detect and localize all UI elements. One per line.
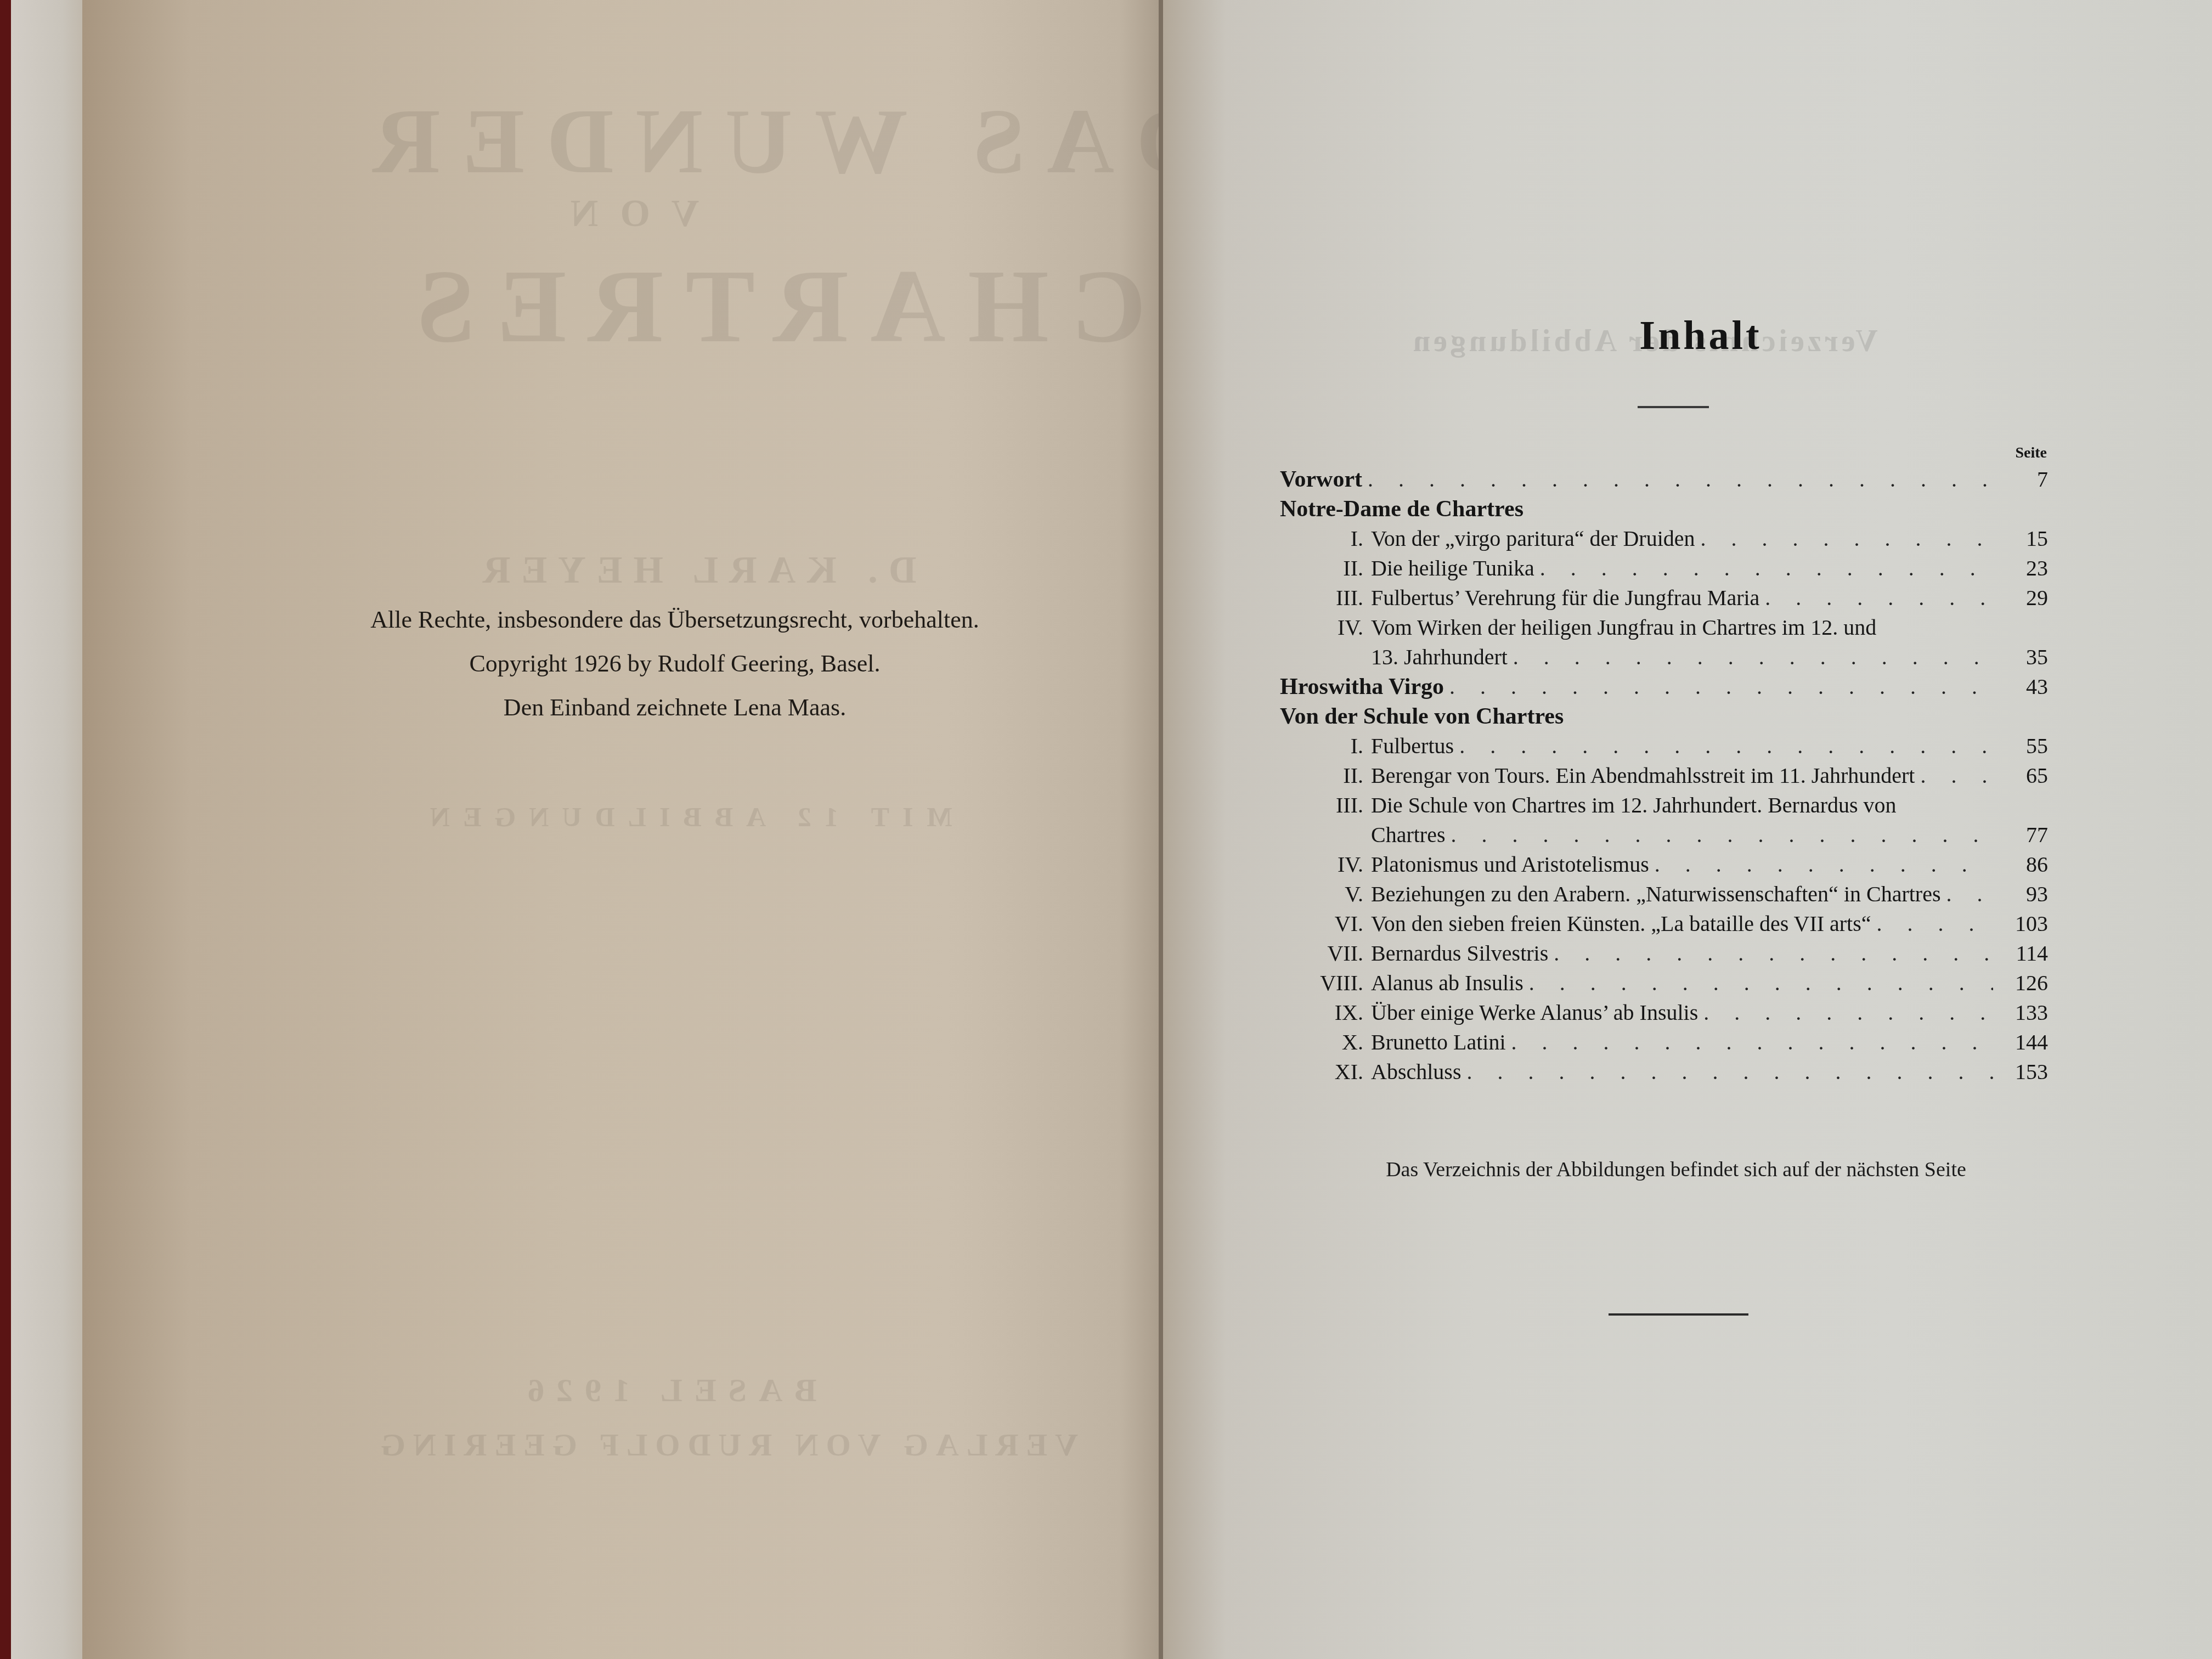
show-through-illustrations: MIT 12 ABBILDUNGEN [417,801,952,833]
page-number: 114 [1993,939,2048,968]
dot-leader: . . . . . . . . . . . . . . . . . . . . … [1506,1028,1993,1057]
dot-leader: . . . . . . . . . . . . . . . . . . . . … [1461,1057,1993,1087]
dot-leader: . . . . . . . . . . . . . . . . . . . . … [1534,554,1993,583]
entry-title: Platonismus und Aristotelismus [1371,850,1649,879]
page-number: 55 [1993,731,2048,761]
chapter-number: I. [1280,731,1371,761]
dot-leader: . . . . . . . . . . . . . . . . . . . . … [1915,761,1993,791]
show-through-author: D. KARL HEYER [472,549,916,592]
toc-entry: Vorwort . . . . . . . . . . . . . . . . … [1280,465,2048,494]
chapter-number: X. [1280,1028,1371,1057]
copyright-line: Copyright 1926 by Rudolf Geering, Basel. [318,642,1031,686]
dot-leader: . . . . . . . . . . . . . . . . . . . . … [1759,583,1993,613]
dot-leader: . . . . . . . . . . . . . . . . . . . . … [1523,968,1993,998]
chapter-number: II. [1280,554,1371,583]
page-number: 144 [1993,1028,2048,1057]
dot-leader: . . . . . . . . . . . . . . . . . . . . … [1871,909,1993,939]
page-number: 86 [1993,850,2048,879]
imprint-block: Alle Rechte, insbesondere das Übersetzun… [318,598,1031,730]
chapter-number: V. [1280,879,1371,909]
entry-title: Alanus ab Insulis [1371,968,1523,998]
toc-entry: III. Fulbertus’ Verehrung für die Jungfr… [1280,583,2048,613]
dot-leader: . . . . . . . . . . . . . . . . . . . . … [1446,820,1993,850]
entry-title-continuation: Chartres [1371,820,1446,850]
rights-notice: Alle Rechte, insbesondere das Übersetzun… [318,598,1031,642]
chapter-number: I. [1280,524,1371,554]
page-number: 15 [1993,524,2048,554]
entry-title: Brunetto Latini [1371,1028,1506,1057]
entry-title: Vom Wirken der heiligen Jungfrau in Char… [1371,613,1876,642]
show-through-title-1: DAS WUNDER [351,88,1204,195]
entry-title: Berengar von Tours. Ein Abendmahlsstreit… [1371,761,1915,791]
page-number: 103 [1993,909,2048,939]
dot-leader: . . . . . . . . . . . . . . . . . . . . … [1695,524,1993,554]
entry-title: Beziehungen zu den Arabern. „Naturwissen… [1371,879,1941,909]
dot-leader: . . . . . . . . . . . . . . . . . . . . … [1362,465,1993,494]
chapter-number: VII. [1280,939,1371,968]
page-number: 133 [1993,998,2048,1028]
entry-title: Über einige Werke Alanus’ ab Insulis [1371,998,1698,1028]
toc-entry: V. Beziehungen zu den Arabern. „Naturwis… [1280,879,2048,909]
toc-entry: I. Fulbertus . . . . . . . . . . . . . .… [1280,731,2048,761]
toc-entry: IV. Vom Wirken der heiligen Jungfrau in … [1280,613,2048,642]
toc-entry: X. Brunetto Latini . . . . . . . . . . .… [1280,1028,2048,1057]
page-number: 35 [1993,642,2048,672]
chapter-number: III. [1280,791,1371,820]
page-number: 153 [1993,1057,2048,1087]
entry-title: Von den sieben freien Künsten. „La batai… [1371,909,1871,939]
toc-entry-continuation: 13. Jahrhundert. . . . . . . . . . . . .… [1280,642,2048,672]
book-gutter [1159,0,1163,1659]
table-of-contents: Seite Vorwort . . . . . . . . . . . . . … [1280,442,2048,1087]
toc-entry: Hroswitha Virgo . . . . . . . . . . . . … [1280,672,2048,702]
show-through-title-2: VON [549,192,699,236]
toc-entry: II. Die heilige Tunika . . . . . . . . .… [1280,554,2048,583]
toc-entry: VII. Bernardus Silvestris . . . . . . . … [1280,939,2048,968]
toc-entry: VIII. Alanus ab Insulis . . . . . . . . … [1280,968,2048,998]
page-number: 7 [1993,465,2048,494]
chapter-number: XI. [1280,1057,1371,1087]
page-number: 29 [1993,583,2048,613]
entry-title-continuation: 13. Jahrhundert [1371,642,1508,672]
page-number: 93 [1993,879,2048,909]
dot-leader: . . . . . . . . . . . . . . . . . . . . … [1649,850,1993,879]
entry-title: Fulbertus’ Verehrung für die Jungfrau Ma… [1371,583,1759,613]
chapter-number: VI. [1280,909,1371,939]
show-through-title-3: CHARTRES [395,247,1146,366]
toc-entry-continuation: Chartres. . . . . . . . . . . . . . . . … [1280,820,2048,850]
illustrations-note: Das Verzeichnis der Abbildungen befindet… [1314,1158,2038,1182]
dot-leader: . . . . . . . . . . . . . . . . . . . . … [1444,672,1993,702]
chapter-number: VIII. [1280,968,1371,998]
toc-entry: VI. Von den sieben freien Künsten. „La b… [1280,909,2048,939]
dot-leader: . . . . . . . . . . . . . . . . . . . . … [1548,939,1993,968]
toc-entry: IX. Über einige Werke Alanus’ ab Insulis… [1280,998,2048,1028]
title-rule [1638,406,1709,408]
toc-title: Inhalt [1591,313,1810,359]
entry-title: Fulbertus [1371,731,1454,761]
page-number: 77 [1993,820,2048,850]
chapter-number: IV. [1280,850,1371,879]
entry-title: Hroswitha Virgo [1280,672,1444,702]
closing-rule [1609,1313,1748,1316]
show-through-place-year: BASEL 1926 [516,1372,816,1409]
toc-entry: III. Die Schule von Chartres im 12. Jahr… [1280,791,2048,820]
entry-title: Notre-Dame de Chartres [1280,494,1523,524]
entry-title: Von der Schule von Chartres [1280,702,1564,731]
page-column-label: Seite [1280,442,2047,465]
toc-entry: II. Berengar von Tours. Ein Abendmahlsst… [1280,761,2048,791]
entry-title: Von der „virgo paritura“ der Druiden [1371,524,1695,554]
binding-credit: Den Einband zeichnete Lena Maas. [318,686,1031,730]
chapter-number: III. [1280,583,1371,613]
dot-leader: . . . . . . . . . . . . . . . . . . . . … [1698,998,1993,1028]
entry-title: Bernardus Silvestris [1371,939,1548,968]
entry-title: Abschluss [1371,1057,1461,1087]
entry-title: Vorwort [1280,465,1362,494]
toc-entry: Von der Schule von Chartres [1280,702,2048,731]
chapter-number: II. [1280,761,1371,791]
page-number: 126 [1993,968,2048,998]
show-through-publisher: VERLAG VON RUDOLF GEERING [373,1426,1078,1463]
toc-entry: I. Von der „virgo paritura“ der Druiden … [1280,524,2048,554]
toc-entry: XI. Abschluss . . . . . . . . . . . . . … [1280,1057,2048,1087]
page-number: 65 [1993,761,2048,791]
page-number: 23 [1993,554,2048,583]
chapter-number: IV. [1280,613,1371,642]
dot-leader: . . . . . . . . . . . . . . . . . . . . … [1941,879,1994,909]
toc-entry: IV. Platonismus und Aristotelismus . . .… [1280,850,2048,879]
dot-leader: . . . . . . . . . . . . . . . . . . . . … [1508,642,1993,672]
toc-entry: Notre-Dame de Chartres [1280,494,2048,524]
entry-title: Die heilige Tunika [1371,554,1534,583]
chapter-number: IX. [1280,998,1371,1028]
entry-title: Die Schule von Chartres im 12. Jahrhunde… [1371,791,1897,820]
page-number: 43 [1993,672,2048,702]
dot-leader: . . . . . . . . . . . . . . . . . . . . … [1454,731,1993,761]
